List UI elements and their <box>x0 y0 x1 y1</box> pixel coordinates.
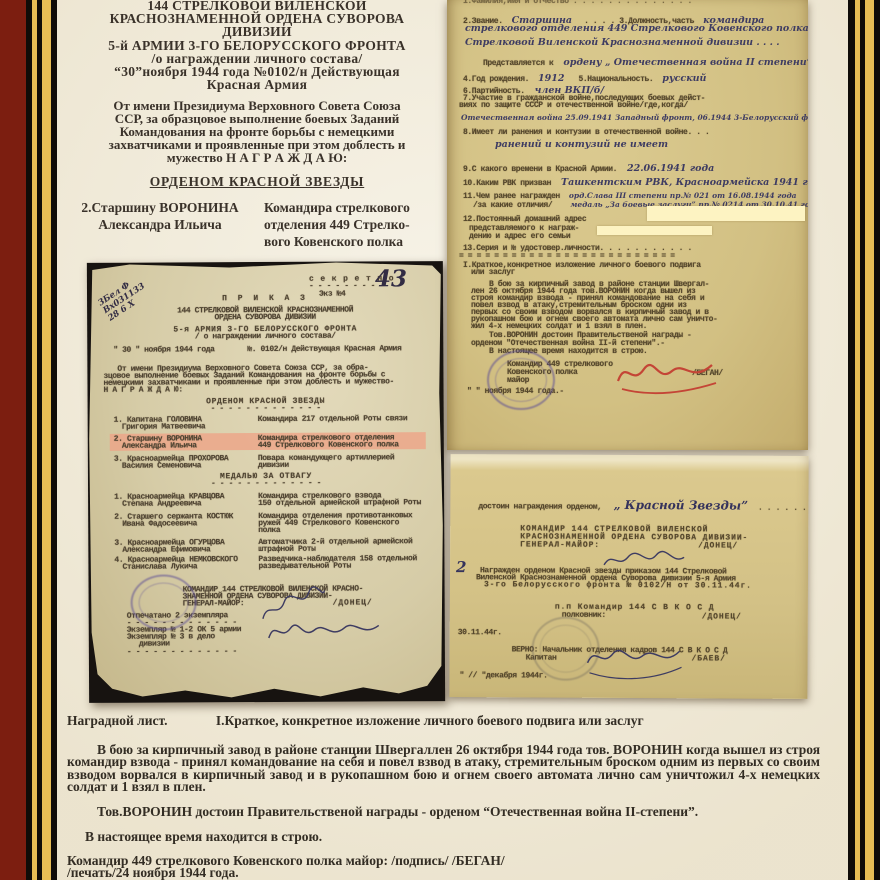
order-header: 144 СТРЕЛКОВОЙ ВИЛЕНСКОЙ КРАСНОЗНАМЕННОЙ… <box>62 0 452 190</box>
handwritten-page-number: 43 <box>375 265 407 292</box>
entry-name-line: Ивана Фадосеевича <box>114 520 246 528</box>
footer-paragraph: Тов.ВОРОНИН достоин Правительственой наг… <box>67 806 820 818</box>
footer-paragraph: В настоящее время находится в строю. <box>67 831 820 843</box>
sheet-body-line: жил 4-х немецких солдат и 1 взял в плен. <box>471 323 647 330</box>
redaction-box <box>647 206 805 221</box>
conclusion-order-line: 3-го Белорусского фронта № 0102/Н от 30.… <box>484 581 752 590</box>
field-value-handwritten: Отечественная война 25.09.1941 Западный … <box>461 113 808 122</box>
margin-note-handwritten: 2 <box>456 558 467 576</box>
field-value-handwritten: Стрелковой Виленской Краснознаменной див… <box>465 37 780 48</box>
order-entry-position: Командира стрелкового отделения 449 Стре… <box>258 434 399 449</box>
entry-name-line: Станислава Лукича <box>114 563 246 571</box>
field-value-handwritten: ранений и контузий не имеет <box>495 139 668 150</box>
order-entry-name: 1. Красноармейца КРАВЦОВА Степана Андрее… <box>114 493 246 508</box>
recipient-position: Командира стрелкового отделения 449 Стре… <box>264 199 448 250</box>
entry-name-line: Александра Ефимовича <box>114 546 246 554</box>
redaction-box <box>597 226 712 235</box>
entry-name-line: Степана Андреевича <box>114 500 246 508</box>
recipient-entry: 2.Старшину ВОРОНИНА Александра Ильича Ко… <box>62 199 452 250</box>
award-name-handwritten: „ Красной Звезды” <box>614 498 748 513</box>
field-label: 8.Имеет ли ранения и контузии в отечеств… <box>463 129 709 136</box>
field-label: или заслуг <box>471 269 515 276</box>
recipient-name-line: 2.Старшину ВОРОНИНА <box>62 199 258 216</box>
conclusion-date: 30.11.44г. <box>458 629 502 636</box>
field-label: 12.Постоянный домашний адрес <box>463 216 586 223</box>
entry-name-line: Василия Семеновича <box>114 462 246 470</box>
order-scan-document: 3Бел Ф Вх031133 28 6 Х с е к р е т н о -… <box>87 261 445 703</box>
entry-pos-line: дивизии <box>258 462 394 470</box>
order-preamble-line: Н А Г Р А Ж Д А Ю: <box>103 386 182 394</box>
order-entry-position: Командира стрелкового взвода 150 отдельн… <box>258 492 421 507</box>
recipient-position-line: вого Ковенского полка <box>264 233 448 250</box>
field-value-handwritten: ордену „ Отечественная война II степени” <box>563 57 808 68</box>
order-entry-name: 2. Старшину ВОРОНИНА Александра Ильича <box>114 435 246 450</box>
order-entry-position: Разведчика-наблюдателя 158 отдельной раз… <box>258 555 417 570</box>
dotted-leader: . . . . . . . . . . . . . <box>758 504 809 514</box>
verno-surname: /БАЕВ/ <box>692 655 726 662</box>
signature-ink <box>581 641 686 684</box>
order-number: №. 0102/н Действующая Красная Армия <box>247 345 401 353</box>
entry-pos-line: разведывательной Роты <box>258 562 416 570</box>
entry-pos-line: 449 Стрелкового Ковенского полка <box>258 442 399 450</box>
footer-caption: Наградной лист. I.Краткое, конкретное из… <box>67 715 644 727</box>
order-entry-name: 2. Старшего сержанта КОСТЮК Ивана Фадосе… <box>114 513 246 528</box>
sheet-row: 1.Фамилия,имя и отчество . . . . . . . .… <box>463 0 692 5</box>
order-entry-name: 4. Красноармейца НЕМКОВСКОГО Станислава … <box>114 556 246 571</box>
conclusion-award-line: достоин награждения орденом, „ Красной З… <box>478 495 808 515</box>
recipient-name: 2.Старшину ВОРОНИНА Александра Ильича <box>62 199 258 250</box>
field-label: виях по защите СССР и отечественной войн… <box>459 102 688 109</box>
commander-surname: /ДОНЕЦ/ <box>698 542 738 549</box>
footer-paragraph: В бою за кирпичный завод в районе станци… <box>67 744 820 794</box>
award-page: 144 СТРЕЛКОВОЙ ВИЛЕНСКОЙ КРАСНОЗНАМЕННОЙ… <box>0 0 880 880</box>
left-red-border <box>0 0 26 880</box>
round-stamp <box>130 574 196 630</box>
recipient-position-line: Командира стрелкового <box>264 199 448 216</box>
decree-line: мужество Н А Г Р А Ж Д А Ю: <box>62 152 452 165</box>
footer-caption-right: I.Краткое, конкретное изложение личного … <box>216 713 644 728</box>
award-heading: ОРДЕНОМ КРАСНОЙ ЗВЕЗДЫ <box>62 174 452 190</box>
commander-surname: /ДОНЕЦ/ <box>333 599 373 606</box>
georgian-ribbon-right <box>848 0 880 880</box>
award-sheet-scan-document: 1.Фамилия,имя и отчество . . . . . . . .… <box>447 0 808 450</box>
field-label: Представляется к <box>483 59 553 68</box>
title-line: Красная Армия <box>62 78 452 91</box>
field-label: /за какие отличия/ <box>473 201 552 210</box>
entry-pos-line: Командира 217 отдельной Роты связи <box>258 415 408 423</box>
georgian-ribbon-left <box>26 0 57 880</box>
signature-ink <box>265 615 383 644</box>
field-label: дению и адрес его семьи <box>469 233 570 240</box>
field-value-handwritten: стрелкового отделения 449 Стрелкового Ко… <box>465 23 808 34</box>
title-line: 5-й АРМИИ 3-ГО БЕЛОРУССКОГО ФРОНТА <box>62 39 452 52</box>
order-entry-name: 3. Красноармейца ОГУРЦОВА Александра Ефи… <box>114 539 246 554</box>
entry-pos-line: ружей 449 Стрелкового Ковенского <box>258 519 412 527</box>
footer-caption-left: Наградной лист. <box>67 713 168 728</box>
field-label: достоин награждения орденом, <box>478 502 601 512</box>
divider-dashes: = = = = = = = = = = = = = = = = = = = = … <box>459 253 675 260</box>
conclusion-scan-document: достоин награждения орденом, „ Красной З… <box>449 454 808 699</box>
entry-name-line: Григория Матвеевича <box>114 423 246 431</box>
order-entry-name: 1. Капитана ГОЛОВИНА Григория Матвеевича <box>114 416 246 431</box>
entry-pos-line: 150 отдельной армейской штрафной Роты <box>258 499 421 507</box>
commander-surname: /ДОНЕЦ/ <box>702 613 742 620</box>
order-entry-name: 3. Красноармейца ПРОХОРОВА Василия Семен… <box>114 455 246 470</box>
conclusion-commander-line: ГЕНЕРАЛ-МАЙОР: <box>520 541 600 549</box>
signature-red-ink <box>612 353 727 397</box>
field-value-handwritten: русский <box>662 73 706 84</box>
recipient-position-line: отделения 449 Стрелко- <box>264 216 448 233</box>
conclusion-date: " // "декабря 1944г. <box>459 672 547 680</box>
order-entry-position: Повара командующего артиллерией дивизии <box>258 454 395 469</box>
order-entry-position: Командира отделения противотанковых руже… <box>258 512 412 534</box>
order-entry-position: Автоматчика 2-й отдельной армейской штра… <box>258 538 412 553</box>
order-date: " 30 " ноября 1944 года <box>113 346 214 354</box>
footer-seal-line: /печать/24 ноября 1944 года. <box>67 867 239 879</box>
copies-underline: - - - - - - - - - - - - - <box>127 648 237 656</box>
entry-name-line: Александра Ильича <box>114 442 246 450</box>
title-line: ДИВИЗИИ <box>62 25 452 38</box>
decree-paragraph: От имени Президиума Верховного Совета Со… <box>62 100 452 165</box>
round-stamp <box>487 350 555 410</box>
order-entry-position: Командира 217 отдельной Роты связи <box>258 415 408 423</box>
recipient-name-line: Александра Ильича <box>62 216 258 233</box>
